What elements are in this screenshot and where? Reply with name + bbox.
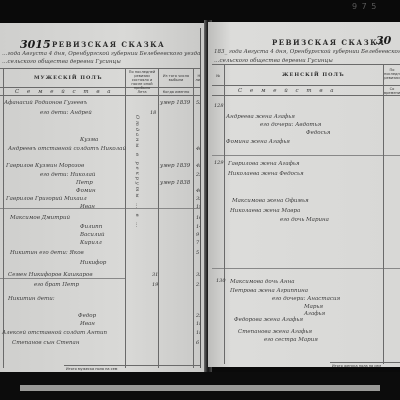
entry-when: умер 1839 bbox=[160, 100, 190, 106]
entry-name: Никитин его дети: Яков bbox=[10, 250, 84, 256]
entry-name: Максимова жена Офимья bbox=[232, 198, 309, 204]
table-rule bbox=[224, 64, 225, 364]
entry-name: Максимова дочь Анна bbox=[230, 279, 295, 285]
entry-now: 5 bbox=[196, 250, 199, 256]
table-rule bbox=[212, 85, 400, 86]
vertical-annotation: Отданы в рекруты … в … bbox=[134, 115, 140, 355]
entry-now: 9 bbox=[196, 232, 199, 238]
table-rule bbox=[383, 64, 384, 364]
subheader-family: С е м е й с т в а bbox=[15, 89, 114, 95]
entry-name: Василий bbox=[80, 232, 105, 238]
entry-name: Андреева жена Агафья bbox=[226, 114, 295, 120]
entry-age: 18 bbox=[150, 110, 156, 116]
entry-name: Гаврилов Кузмин Морозов bbox=[6, 163, 84, 169]
female-section-header: ЖЕНСКІЙ ПОЛЪ bbox=[282, 72, 345, 78]
entry-name: Петр bbox=[76, 180, 93, 186]
entry-name: Гаврилова жена Агафья bbox=[228, 161, 300, 167]
col-header-no: № bbox=[212, 74, 224, 78]
left-intro-line-1: …года Августа 4 дня, Оренбургской губерн… bbox=[2, 51, 200, 57]
entry-name: Андреевъ отставной солдатъ Николай bbox=[8, 146, 126, 152]
entry-name: Максимов Дмитрий bbox=[10, 215, 70, 221]
family-divider bbox=[0, 208, 206, 209]
left-folio-number: 3015 bbox=[20, 38, 51, 51]
entry-name: его сестра Мария bbox=[264, 337, 318, 343]
entry-name: его дочь Марина bbox=[280, 217, 329, 223]
entry-name: его дочери: Авдотья bbox=[260, 122, 321, 128]
entry-name: его дочери: Анастасия bbox=[272, 296, 340, 302]
entry-name: Петрова жена Агриппина bbox=[230, 288, 308, 294]
entry-name: Марья bbox=[304, 304, 323, 310]
entry-name: Гаврилов Григорий Михаил bbox=[6, 196, 87, 202]
table-rule bbox=[0, 68, 206, 69]
family-divider bbox=[212, 155, 400, 156]
entry-name: Кирилл bbox=[80, 240, 102, 246]
subheader-when: Когда именно bbox=[160, 90, 192, 94]
table-rule bbox=[0, 95, 206, 96]
left-footer-note: Итого мужеска пола на сем bbox=[66, 367, 117, 371]
entry-number: 130 bbox=[216, 278, 226, 284]
entry-name: Алексей отставной солдат Антип bbox=[2, 330, 107, 336]
entry-name: Иван bbox=[80, 321, 95, 327]
entry-name: Агафья bbox=[304, 311, 325, 317]
right-page-title: РЕВИЗСКАЯ СКАЗКА bbox=[272, 38, 385, 47]
col-header-since: Со времени… bbox=[384, 87, 400, 95]
entry-name: Федосья bbox=[306, 130, 330, 136]
entry-name: его дети: Андрей bbox=[40, 110, 92, 116]
entry-age: 31 bbox=[152, 272, 158, 278]
table-rule bbox=[212, 95, 400, 96]
scan-counter: 9 7 5 bbox=[352, 2, 377, 11]
left-intro-line-2: …сельского общества деревни Гусинцы bbox=[2, 59, 121, 65]
entry-number: 128 bbox=[214, 103, 224, 109]
table-rule bbox=[64, 365, 206, 366]
entry-name: Фомина жена Агафья bbox=[226, 139, 290, 145]
entry-name: Никитин дети: bbox=[8, 296, 55, 302]
entry-now: 6 bbox=[196, 340, 199, 346]
table-rule bbox=[330, 362, 400, 363]
entry-name: Федорова жена Агафья bbox=[234, 317, 303, 323]
document-scan: 9 7 5 3015 РЕВИЗСКАЯ СКАЗКА …года Август… bbox=[0, 0, 400, 400]
entry-name: Иван bbox=[80, 204, 95, 210]
table-rule bbox=[3, 68, 4, 368]
male-section-header: МУЖЕСКІЙ ПОЛЪ bbox=[34, 75, 103, 81]
entry-name: Степанова жена Агафья bbox=[238, 329, 312, 335]
entry-name: Николаева жена Мавра bbox=[230, 208, 300, 214]
table-rule bbox=[193, 68, 194, 368]
col-header-when-left: Из того числа выбыли bbox=[159, 74, 193, 82]
right-folio-number: 30 bbox=[376, 34, 391, 47]
col-header-last-revision: По последней ревизии bbox=[384, 68, 400, 80]
table-rule bbox=[0, 87, 206, 88]
right-footer-note: Итого женска пола на сем bbox=[332, 364, 381, 368]
entry-name: Семен Никифоров Кашкаров bbox=[8, 272, 93, 278]
subheader-age: Лета bbox=[130, 90, 154, 94]
subheader-family: С е м е й с т в а bbox=[238, 88, 337, 94]
page-stack-edge bbox=[20, 385, 380, 391]
entry-name: Никифор bbox=[80, 260, 106, 266]
entry-when: умер 1838 bbox=[160, 180, 190, 186]
entry-name: Николаева жена Федосья bbox=[228, 171, 304, 177]
entry-name: его брат Петр bbox=[34, 282, 79, 288]
entry-now: 7 bbox=[196, 240, 199, 246]
entry-name: его дети: Николай bbox=[40, 172, 95, 178]
table-rule bbox=[125, 68, 126, 368]
entry-age: 19 bbox=[152, 282, 158, 288]
entry-name: Кузма bbox=[80, 137, 98, 143]
family-divider bbox=[212, 268, 400, 269]
right-intro-line-1: 183_ года Августа 4 дня, Оренбургской гу… bbox=[214, 49, 400, 55]
entry-name: Афанасий Родионов Гузеевъ bbox=[4, 100, 87, 106]
entry-when: умер 1839 bbox=[160, 163, 190, 169]
table-rule bbox=[158, 68, 159, 368]
entry-name: Степанов сын Степан bbox=[12, 340, 79, 346]
col-header-last-revision: По последней ревизии состояло и после он… bbox=[126, 70, 158, 90]
entry-name: Филипп bbox=[80, 224, 102, 230]
entry-name: Фомин bbox=[76, 188, 96, 194]
table-rule bbox=[212, 64, 400, 65]
family-divider bbox=[0, 278, 126, 279]
entry-number: 129 bbox=[214, 160, 224, 166]
left-page-title: РЕВИЗСКАЯ СКАЗКА bbox=[52, 40, 165, 49]
entry-name: Федор bbox=[78, 313, 96, 319]
